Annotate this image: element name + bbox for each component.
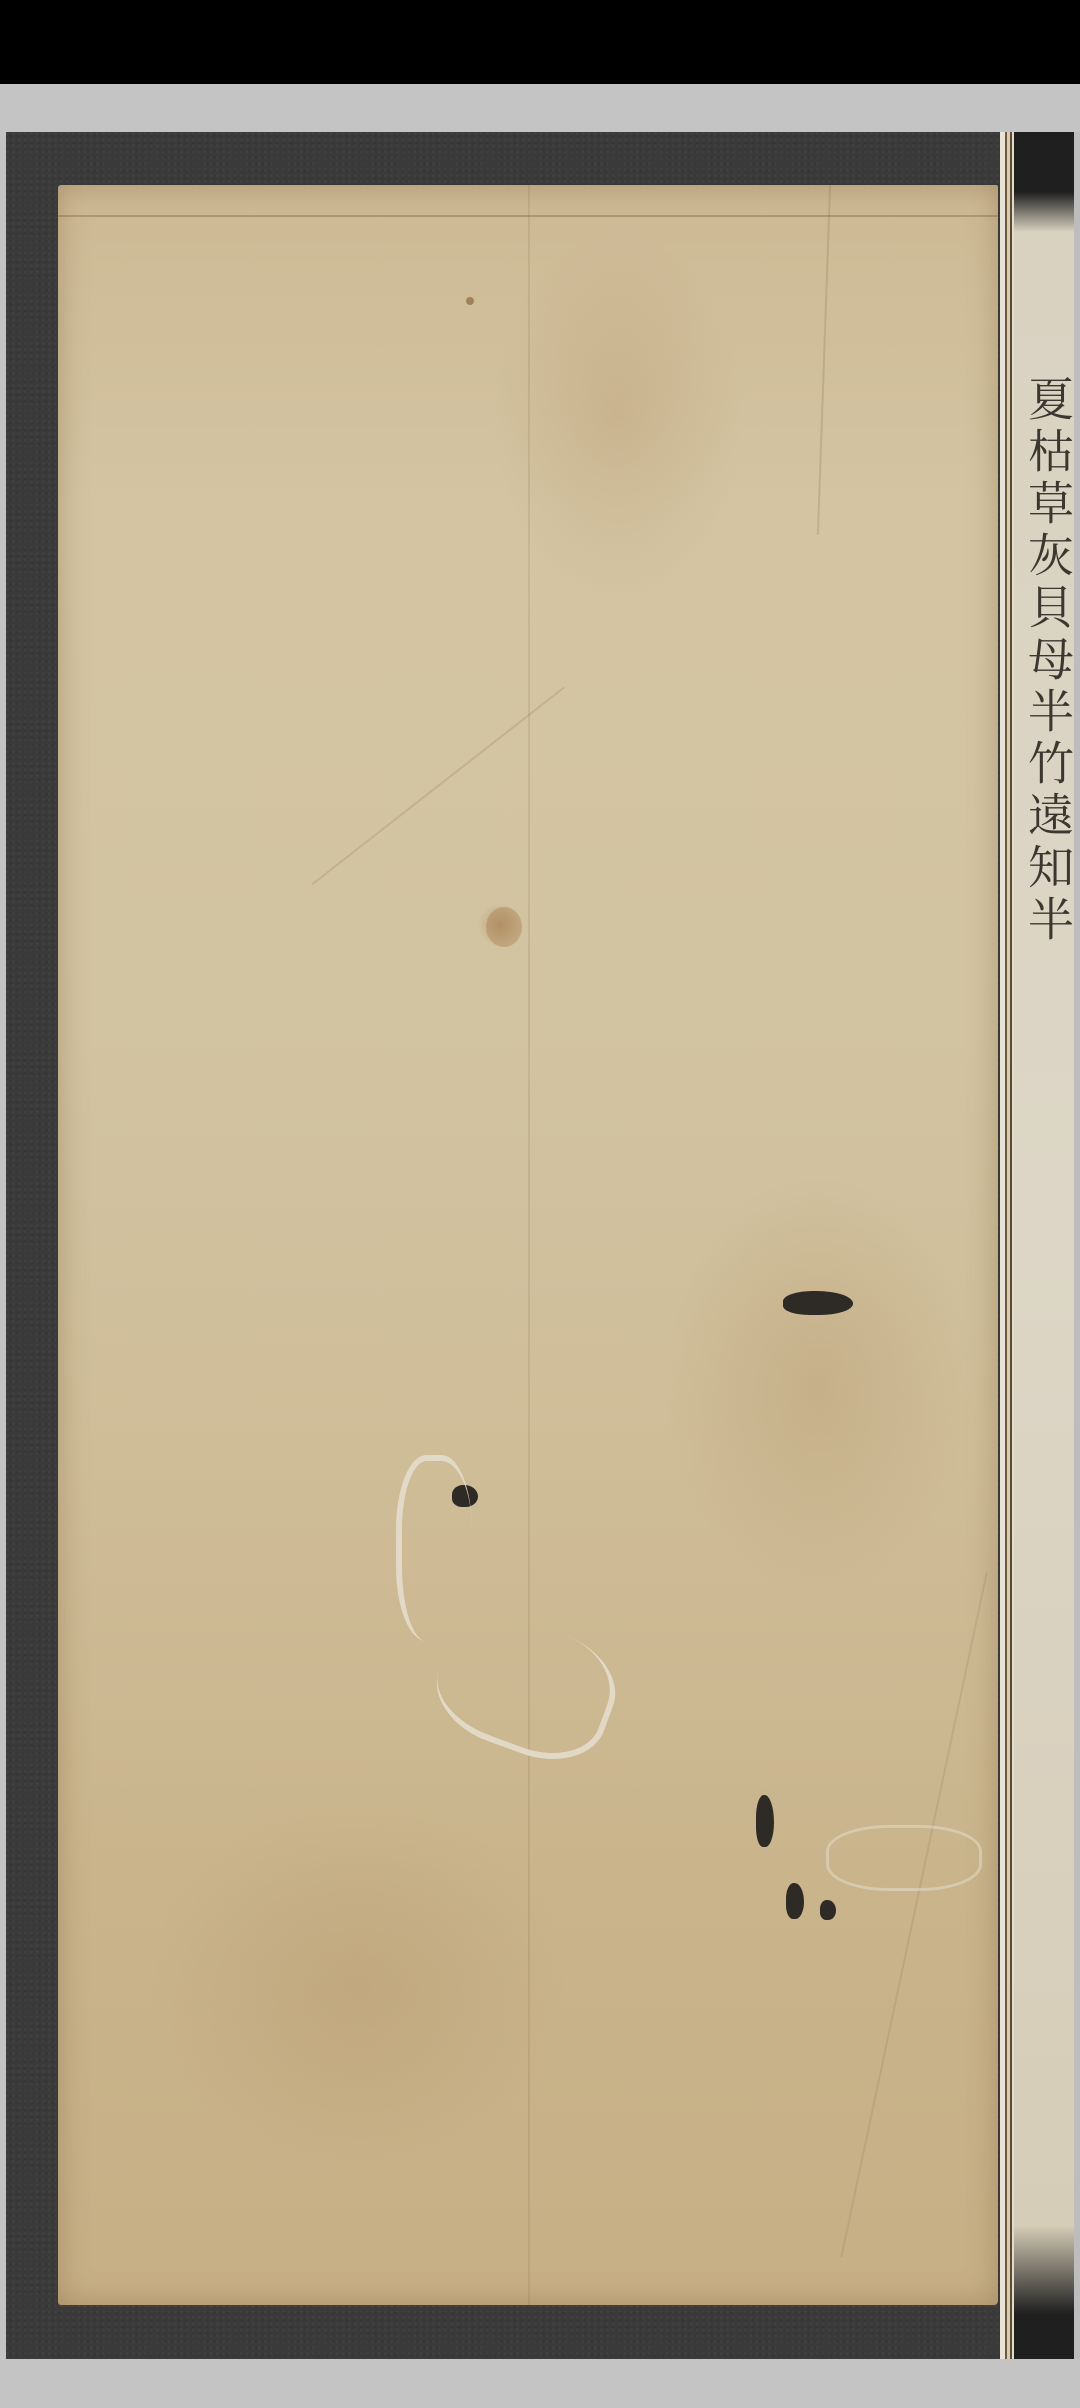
viewer-toolbar-area [0,84,1080,130]
viewer-right-edge [1074,132,1080,2359]
stain-spot [466,297,474,305]
crease-line [311,687,564,886]
vertical-calligraphy-text: 夏枯草灰貝母半竹遠知半 [1026,375,1070,947]
left-manuscript-page[interactable] [58,185,998,2305]
crease-line [528,185,530,2305]
crease-line [817,185,831,535]
wormhole [820,1900,836,1920]
book-spine-gutter [1000,132,1014,2359]
crease-line [840,1572,987,2257]
status-bar [0,0,1080,84]
worm-damage-trail [396,1455,472,1641]
stain-spot [486,907,522,947]
wormhole [783,1291,853,1315]
wormhole [786,1883,804,1919]
wormhole [756,1795,774,1847]
crease-line [58,2305,998,2307]
worm-damage-trail [826,1825,982,1891]
viewer-bottom-area [0,2359,1080,2408]
